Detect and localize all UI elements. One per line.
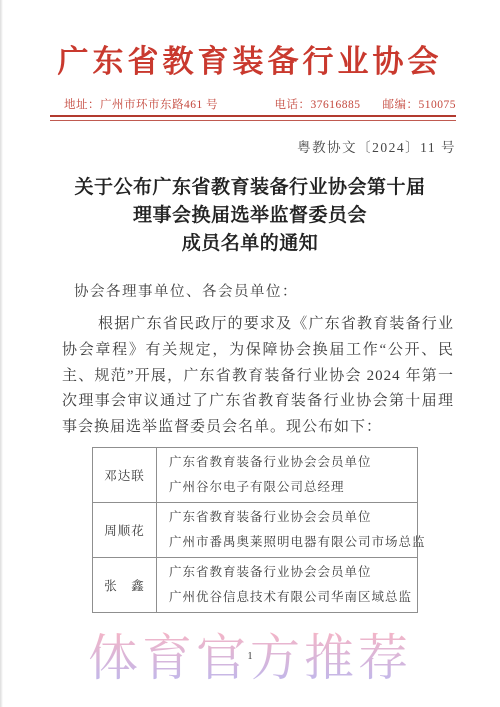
table-row: 邓达联 广东省教育装备行业协会会员单位 广州谷尔电子有限公司总经理 (93, 448, 418, 503)
member-role-line1: 广东省教育装备行业协会会员单位 (169, 560, 413, 585)
phone-text: 电话：37616885 (275, 96, 361, 112)
letterhead-org-name: 广东省教育装备行业协会 (0, 36, 500, 81)
document-title-line3: 成员名单的通知 (0, 230, 500, 258)
salutation-text: 协会各理事单位、各会员单位： (74, 280, 456, 301)
table-row: 张 鑫 广东省教育装备行业协会会员单位 广州优谷信息技术有限公司华南区域总监 (93, 558, 418, 613)
member-role-line1: 广东省教育装备行业协会会员单位 (169, 450, 413, 475)
letterhead-contact-row: 地址：广州市环市东路461 号 电话：37616885 邮编：510075 (64, 96, 456, 112)
contact-right-group: 电话：37616885 邮编：510075 (275, 96, 457, 112)
member-list-table: 邓达联 广东省教育装备行业协会会员单位 广州谷尔电子有限公司总经理 周顺花 广东… (92, 447, 418, 613)
member-role-line2: 广州优谷信息技术有限公司华南区域总监 (169, 585, 413, 610)
member-description-cell: 广东省教育装备行业协会会员单位 广州优谷信息技术有限公司华南区域总监 (157, 558, 418, 613)
document-title-line1: 关于公布广东省教育装备行业协会第十届 (0, 174, 500, 202)
member-role-line2: 广州谷尔电子有限公司总经理 (169, 475, 413, 500)
document-title-line2: 理事会换届选举监督委员会 (0, 202, 500, 230)
letterhead-divider-rule (50, 115, 456, 121)
scan-edge-artifact (0, 0, 3, 707)
postcode-text: 邮编：510075 (383, 96, 457, 112)
member-role-line1: 广东省教育装备行业协会会员单位 (169, 505, 413, 530)
member-description-cell: 广东省教育装备行业协会会员单位 广州谷尔电子有限公司总经理 (157, 448, 418, 503)
document-title: 关于公布广东省教育装备行业协会第十届 理事会换届选举监督委员会 成员名单的通知 (0, 174, 500, 258)
member-description-cell: 广东省教育装备行业协会会员单位 广州市番禺奥莱照明电器有限公司市场总监 (157, 503, 418, 558)
table-row: 周顺花 广东省教育装备行业协会会员单位 广州市番禺奥莱照明电器有限公司市场总监 (93, 503, 418, 558)
address-text: 地址：广州市环市东路461 号 (64, 96, 218, 112)
member-name: 邓达联 (93, 448, 157, 503)
body-paragraph: 根据广东省民政厅的要求及《广东省教育装备行业协会章程》有关规定，为保障协会换届工… (62, 312, 454, 441)
document-number: 粤教协文〔2024〕11 号 (297, 136, 456, 156)
member-role-line2: 广州市番禺奥莱照明电器有限公司市场总监 (169, 530, 413, 555)
page-number: 1 (0, 651, 500, 662)
member-name: 周顺花 (93, 503, 157, 558)
document-page: 广东省教育装备行业协会 地址：广州市环市东路461 号 电话：37616885 … (0, 0, 500, 707)
member-name: 张 鑫 (93, 558, 157, 613)
